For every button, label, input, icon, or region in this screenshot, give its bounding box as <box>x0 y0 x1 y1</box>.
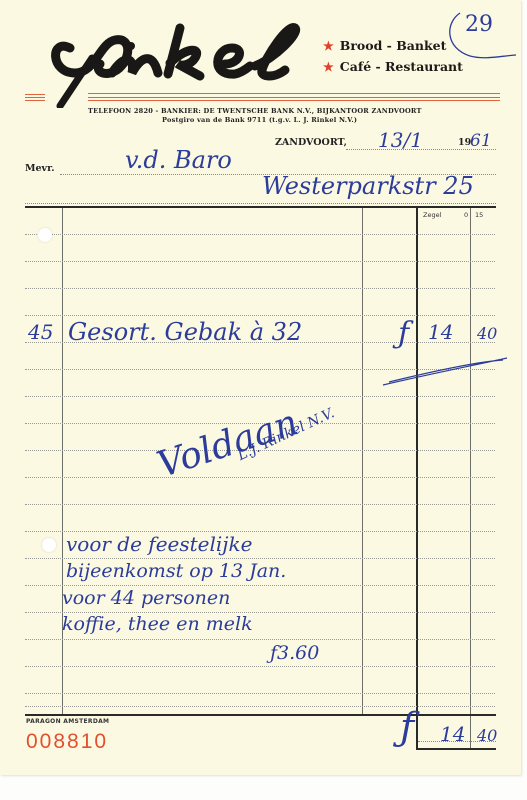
recipient-address: Westerparkstr 25 <box>262 172 474 200</box>
note-line-2: bijeenkomst op 13 Jan. <box>66 560 286 582</box>
ruled-line <box>25 639 495 640</box>
table-top-rule <box>25 206 496 208</box>
address-dotted-line <box>25 203 496 204</box>
line-item-description: Gesort. Gebak à 32 <box>68 318 302 346</box>
ruled-line <box>25 315 495 316</box>
ruled-line <box>25 693 495 694</box>
place-label: ZANDVOORT, <box>275 137 347 148</box>
postgiro-line: Postgiro van de Bank 9711 (t.g.v. L. J. … <box>162 116 357 124</box>
total-cents: 40 <box>477 726 497 745</box>
year-handwritten: 61 <box>470 131 492 151</box>
header-cents: 15 <box>475 211 483 219</box>
red-rule <box>25 97 45 98</box>
total-amount: 14 <box>440 722 465 746</box>
recipient-name: v.d. Baro <box>125 146 232 174</box>
invoice-paper: ★Brood - Banket ★Café - Restaurant 29 TE… <box>0 0 521 775</box>
serial-number: 008810 <box>26 730 108 754</box>
line-item-currency: ƒ <box>398 316 409 351</box>
table-bottom-rule <box>25 714 496 716</box>
red-rule <box>88 100 500 101</box>
ruled-line <box>25 234 495 235</box>
note-line-3: voor 44 personen <box>62 587 230 609</box>
line-item-amount: 14 <box>428 320 453 344</box>
salutation-label: Mevr. <box>25 163 55 174</box>
line-item-qty: 45 <box>28 320 53 344</box>
note-line-1: voor de feestelijke <box>66 532 252 556</box>
header-zegel: Zegel <box>423 211 441 219</box>
ruled-line <box>25 706 495 707</box>
ruled-line <box>25 558 495 559</box>
red-rule <box>25 94 45 95</box>
red-rule <box>25 100 45 101</box>
ruled-line <box>25 477 495 478</box>
ruled-line <box>25 504 495 505</box>
header-guilders: 0 <box>464 211 468 219</box>
column-divider-cents <box>470 208 471 748</box>
total-dotted-line <box>418 741 496 742</box>
date-handwritten: 13/1 <box>378 128 423 152</box>
ruled-line <box>25 396 495 397</box>
punch-hole <box>42 538 56 552</box>
rinkel-logo <box>40 18 320 108</box>
ruled-line <box>25 666 495 667</box>
ruled-line <box>25 288 495 289</box>
punch-hole <box>38 228 52 242</box>
column-divider-amount <box>416 208 418 748</box>
total-box-bottom-rule <box>416 748 496 750</box>
red-rule <box>88 93 500 94</box>
note-amount: ƒ3.60 <box>270 642 319 664</box>
star-icon: ★ <box>323 39 334 53</box>
star-icon: ★ <box>323 60 334 74</box>
ruled-line <box>25 585 495 586</box>
annotation-number: 29 <box>465 12 493 37</box>
tagline-brood-banket: ★Brood - Banket <box>323 38 446 53</box>
red-rule <box>88 97 500 98</box>
note-line-4: koffie, thee en melk <box>62 613 253 635</box>
contact-line: TELEFOON 2820 - BANKIER: DE TWENTSCHE BA… <box>88 107 422 115</box>
total-underline-stroke <box>375 350 515 390</box>
printer-label: PARAGON AMSTERDAM <box>26 718 109 725</box>
line-item-cents: 40 <box>477 324 497 343</box>
ruled-line <box>25 261 495 262</box>
tagline-text: Brood - Banket <box>340 38 447 53</box>
total-currency: ƒ <box>400 705 414 749</box>
